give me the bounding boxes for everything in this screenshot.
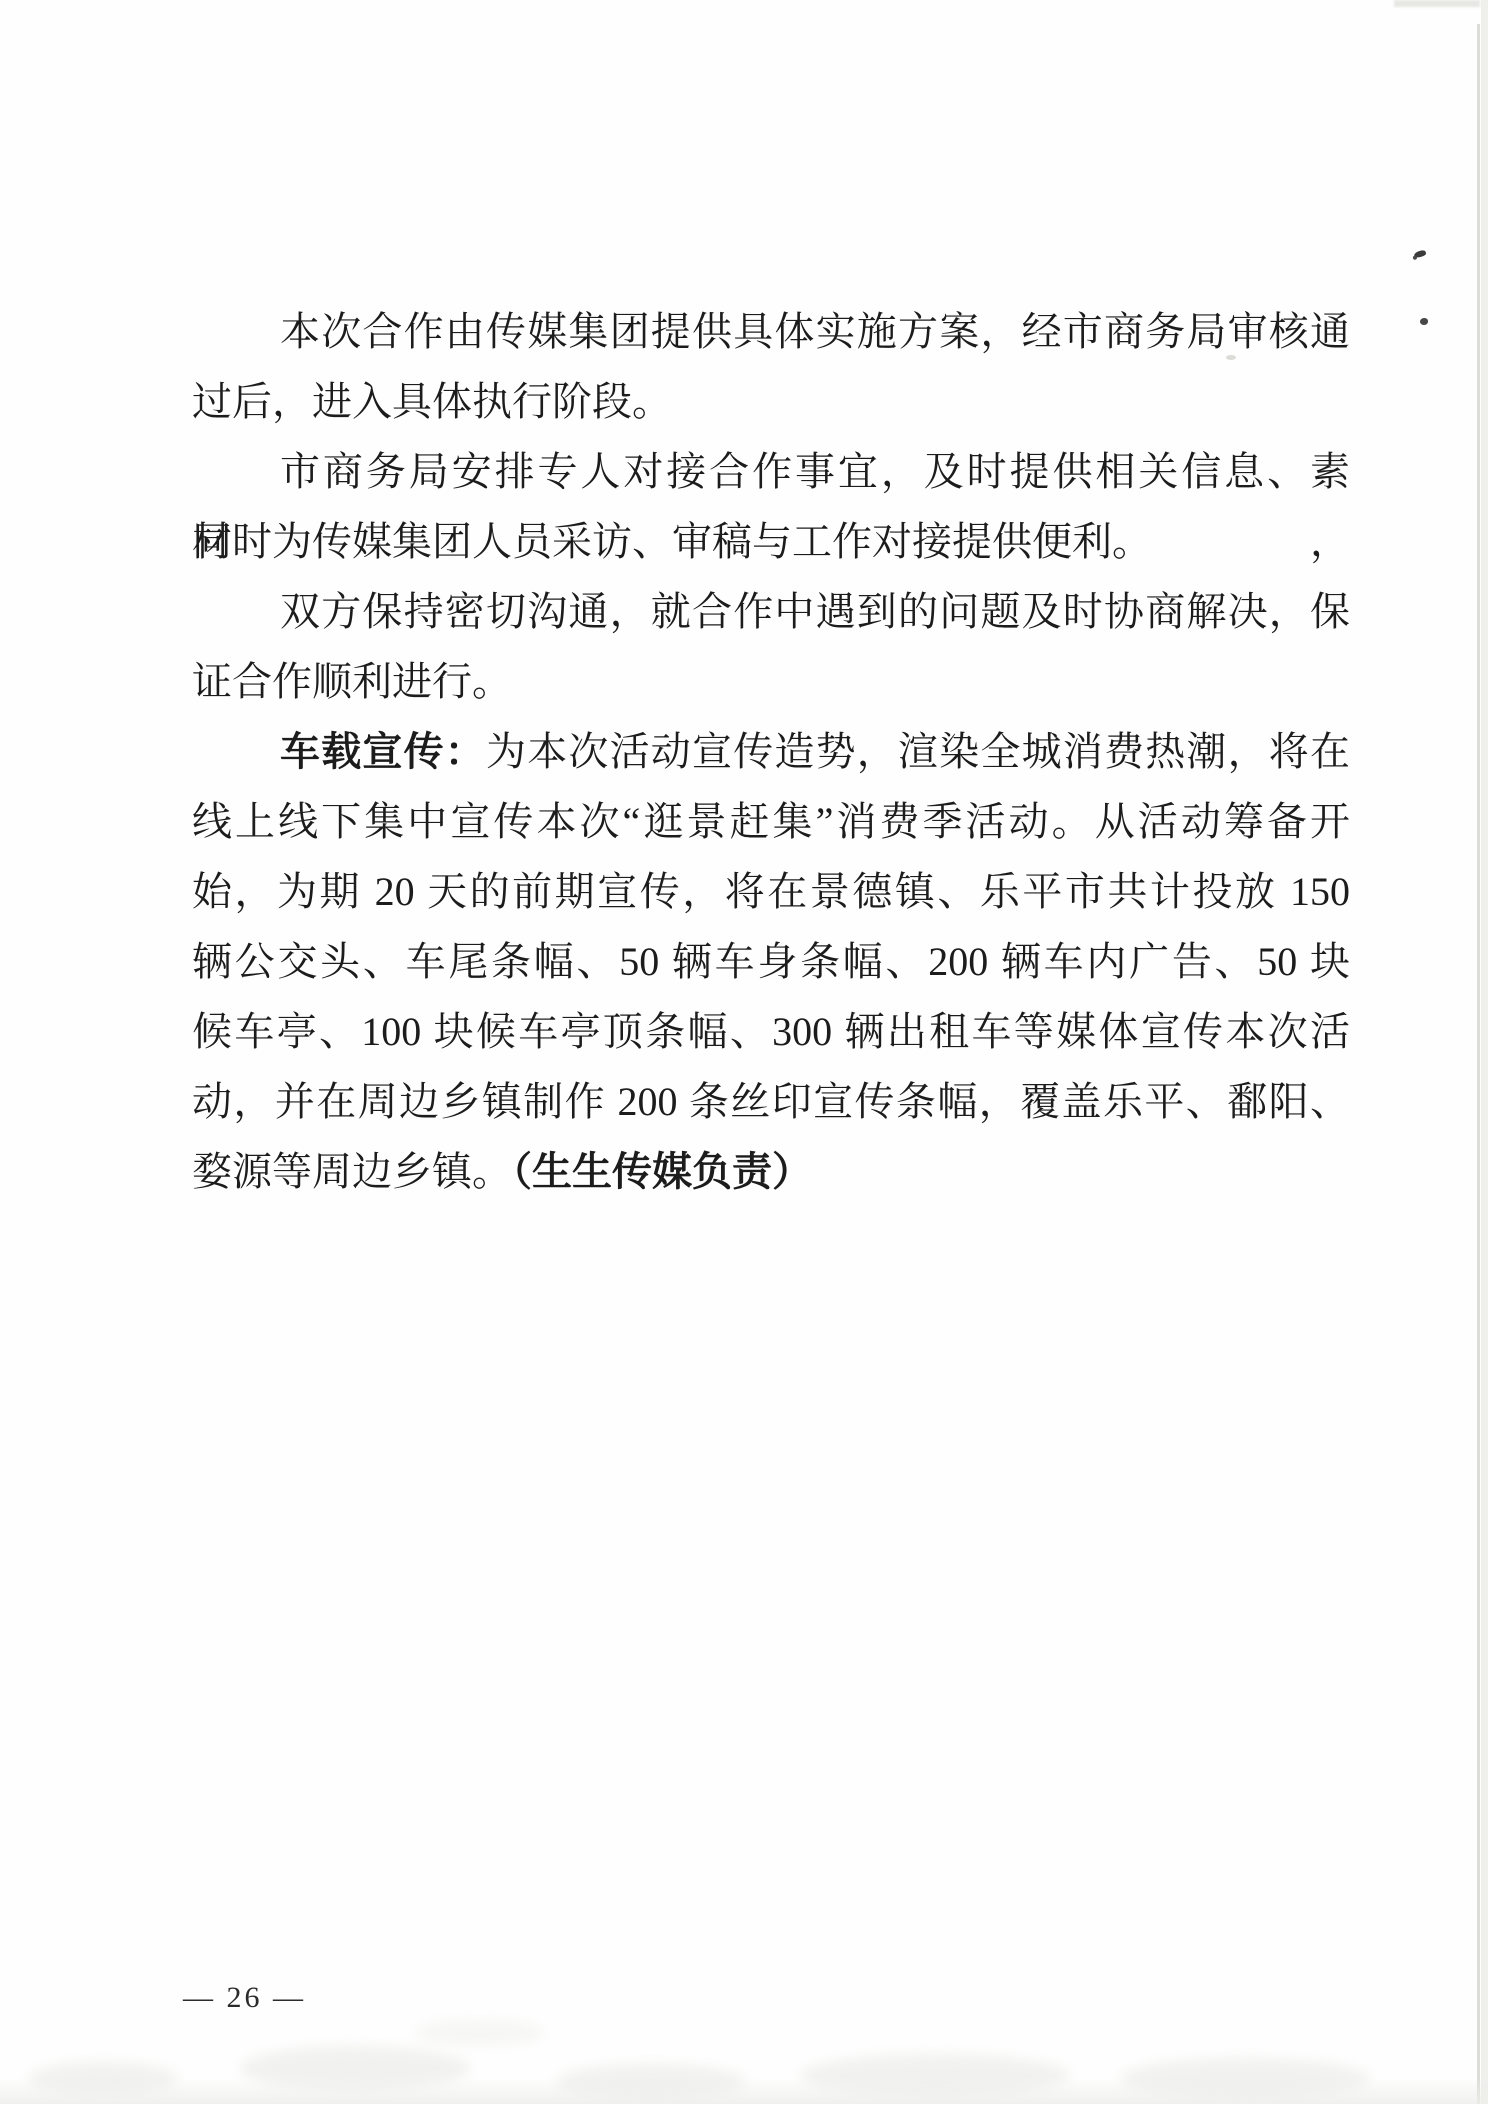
bold-run-in-heading: 车载宣传： bbox=[280, 730, 486, 774]
body-line: 婺源等周边乡镇。（生生传媒负责） bbox=[192, 1137, 1350, 1207]
bold-attribution: （生生传媒负责） bbox=[512, 1150, 812, 1194]
body-line-text: 婺源等周边乡镇。 bbox=[192, 1149, 512, 1194]
scan-speck bbox=[1413, 249, 1426, 258]
scan-edge-line bbox=[1477, 24, 1480, 2104]
scan-edge-shadow bbox=[1481, 0, 1488, 2104]
body-line: 线上线下集中宣传本次“逛景赶集”消费季活动。从活动筹备开 bbox=[192, 787, 1350, 857]
scan-speck bbox=[1226, 355, 1236, 360]
body-line-text: 为本次活动宣传造势，渲染全城消费热潮，将在 bbox=[486, 729, 1350, 774]
document-body: 本次合作由传媒集团提供具体实施方案，经市商务局审核通 过后，进入具体执行阶段。 … bbox=[192, 297, 1350, 1207]
scan-smudge bbox=[1394, 0, 1480, 7]
body-line: 证合作顺利进行。 bbox=[192, 647, 1350, 717]
body-line: 始，为期 20 天的前期宣传，将在景德镇、乐平市共计投放 150 bbox=[192, 857, 1350, 927]
body-line: 市商务局安排专人对接合作事宜，及时提供相关信息、素材， bbox=[192, 437, 1350, 507]
scanned-document-page: 本次合作由传媒集团提供具体实施方案，经市商务局审核通 过后，进入具体执行阶段。 … bbox=[0, 0, 1488, 2104]
scan-bottom-shading bbox=[0, 2078, 1488, 2104]
body-line: 过后，进入具体执行阶段。 bbox=[192, 367, 1350, 437]
scan-blotch bbox=[414, 2020, 544, 2046]
body-line: 动，并在周边乡镇制作 200 条丝印宣传条幅，覆盖乐平、鄱阳、 bbox=[192, 1067, 1350, 1137]
body-line: 车载宣传：为本次活动宣传造势，渲染全城消费热潮，将在 bbox=[192, 717, 1350, 787]
scan-speck bbox=[1420, 318, 1428, 325]
body-line: 辆公交头、车尾条幅、50 辆车身条幅、200 辆车内广告、50 块 bbox=[192, 927, 1350, 997]
body-line: 候车亭、100 块候车亭顶条幅、300 辆出租车等媒体宣传本次活 bbox=[192, 997, 1350, 1067]
body-line: 双方保持密切沟通，就合作中遇到的问题及时协商解决，保 bbox=[192, 577, 1350, 647]
page-number: — 26 — bbox=[183, 1981, 306, 2015]
body-line: 本次合作由传媒集团提供具体实施方案，经市商务局审核通 bbox=[192, 297, 1350, 367]
